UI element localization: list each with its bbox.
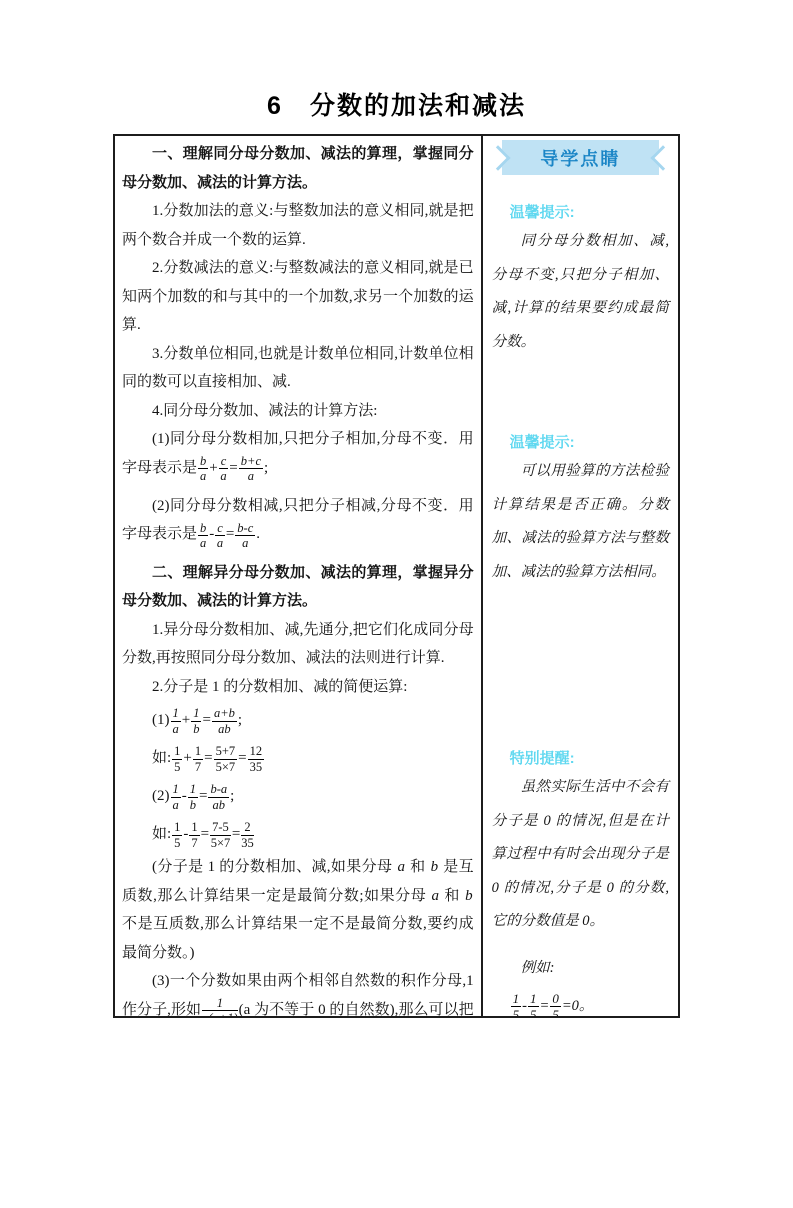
example-label: 例如: (521, 953, 669, 983)
tip-note-1: 温馨提示: 同分母分数相加、减,分母不变,只把分子相加、减,计算的结果要约成最简… (492, 201, 669, 359)
reminder-label: 特别提醒: (510, 747, 669, 768)
sidebar-banner-title: 导学点睛 (492, 145, 669, 171)
formula-sub-example: 如:15-17=7-55×7=235 (122, 815, 474, 853)
sidebar-banner: 导学点睛 (492, 140, 669, 175)
tip-2-text: 可以用验算的方法检验计算结果是否正确。分数加、减法的验算方法与整数加、减法的验算… (492, 455, 669, 589)
point-numerator-one: 2.分子是 1 的分数相加、减的简便运算: (122, 673, 474, 702)
rule-same-denom-sub: (2)同分母分数相减,只把分子相减,分母不变．用字母表示是ba-ca=b-ca. (122, 492, 474, 551)
tip-1-text: 同分母分数相加、减,分母不变,只把分子相加、减,计算的结果要约成最简分数。 (492, 225, 669, 359)
point-add-meaning: 1.分数加法的意义:与整数加法的意义相同,就是把两个数合并成一个数的运算. (122, 197, 474, 254)
reminder-text: 虽然实际生活中不会有分子是 0 的情况,但是在计算过程中有时会出现分子是 0 的… (492, 771, 669, 939)
point-unit: 3.分数单位相同,也就是计数单位相同,计数单位相同的数可以直接相加、减. (122, 340, 474, 397)
content-table: 一、理解同分母分数加、减法的算理，掌握同分母分数加、减法的计算方法。 1.分数加… (113, 134, 680, 1018)
formula-add-letters: (1)1a+1b=a+bab; (122, 701, 474, 739)
rule-split-fraction: (3)一个分数如果由两个相邻自然数的积作分母,1 作分子,形如1a(a+1)(a… (122, 967, 474, 1016)
example-block: 例如: 15-15=05=0。 (492, 953, 669, 1017)
reminder-note: 特别提醒: 虽然实际生活中不会有分子是 0 的情况,但是在计算过程中有时会出现分… (492, 747, 669, 939)
rule-same-denom-add: (1)同分母分数相加,只把分子相加,分母不变．用字母表示是ba+ca=b+ca; (122, 425, 474, 484)
tip-note-2: 温馨提示: 可以用验算的方法检验计算结果是否正确。分数加、减法的验算方法与整数加… (492, 431, 669, 589)
point-diff-denom: 1.异分母分数相加、减,先通分,把它们化成同分母分数,再按照同分母分数加、减法的… (122, 616, 474, 673)
formula-sub-letters: (2)1a-1b=b-aab; (122, 777, 474, 815)
objective-1-heading: 一、理解同分母分数加、减法的算理，掌握同分母分数加、减法的计算方法。 (122, 140, 474, 197)
formula-add-example: 如:15+17=5+75×7=1235 (122, 739, 474, 777)
page-title: 6 分数的加法和减法 (0, 86, 793, 122)
main-column: 一、理解同分母分数加、减法的算理，掌握同分母分数加、减法的计算方法。 1.分数加… (115, 136, 483, 1016)
tip-2-label: 温馨提示: (510, 431, 669, 452)
tip-1-label: 温馨提示: (510, 201, 669, 222)
point-method-intro: 4.同分母分数加、减法的计算方法: (122, 397, 474, 426)
objective-2-heading: 二、理解异分母分数加、减法的算理，掌握异分母分数加、减法的计算方法。 (122, 559, 474, 616)
worksheet-page: { "page": { "title": "6 分数的加法和减法" }, "co… (0, 86, 793, 1208)
sidebar-column: 导学点睛 温馨提示: 同分母分数相加、减,分母不变,只把分子相加、减,计算的结果… (483, 136, 678, 1016)
example-formula: 15-15=05=0。 (510, 989, 669, 1017)
note-coprime: (分子是 1 的分数相加、减,如果分母 a 和 b 是互质数,那么计算结果一定是… (122, 853, 474, 967)
point-sub-meaning: 2.分数减法的意义:与整数减法的意义相同,就是已知两个加数的和与其中的一个加数,… (122, 254, 474, 340)
